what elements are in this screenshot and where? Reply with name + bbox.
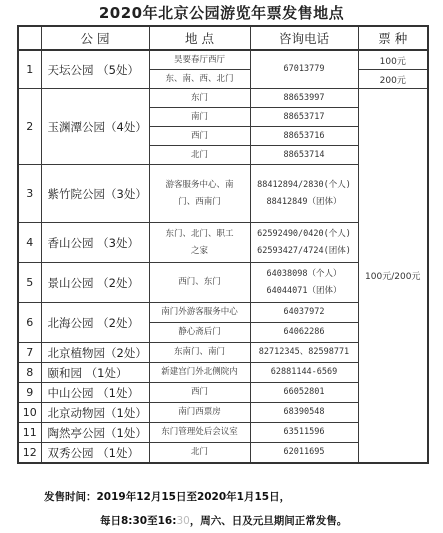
location: 西门 — [149, 383, 250, 403]
location: 东门管理处后会议室 — [149, 423, 250, 443]
phone: 64037972 — [250, 303, 358, 323]
location: 南门西票房 — [149, 403, 250, 423]
phone: 62592490/0420(个人) 62593427/4724(团体) — [250, 223, 358, 263]
park-name: 景山公园 （2处） — [41, 263, 149, 303]
location: 北门 — [149, 146, 250, 165]
ticket-sales-table: 公 园 地 点 咨询电话 票 种 1 天坛公园 （5处） 昊要春厅西厅 6701… — [17, 25, 429, 464]
park-name: 北京植物园（2处） — [41, 343, 149, 363]
sale-period-text: 发售时间：2019年12月15日至2020年1月15日， — [44, 489, 290, 504]
location: 游客服务中心、南门、西南门 — [149, 165, 250, 223]
row-index: 5 — [18, 263, 41, 303]
location: 南门 — [149, 108, 250, 127]
phone: 66052801 — [250, 383, 358, 403]
row-index: 4 — [18, 223, 41, 263]
row-index: 3 — [18, 165, 41, 223]
phone-line: 62593427/4724(团体) — [251, 243, 358, 260]
location: 东门、北门、职工之家 — [149, 223, 250, 263]
phone: 64038098（个人） 64044071（团体） — [250, 263, 358, 303]
park-name: 香山公园 （3处） — [41, 223, 149, 263]
header-phone: 咨询电话 — [250, 26, 358, 50]
park-name: 紫竹院公园（3处） — [41, 165, 149, 223]
row-index: 2 — [18, 89, 41, 165]
park-name: 北京动物园（1处） — [41, 403, 149, 423]
location: 西门、东门 — [149, 263, 250, 303]
page-title: 2020年北京公园游览年票发售地点 — [0, 2, 443, 23]
sale-hours-text: 每日8:30至16:30，周六、日及元旦期间正常发售。 — [100, 513, 347, 528]
phone-line: 64038098（个人） — [251, 266, 358, 283]
location: 西门 — [149, 127, 250, 146]
phone-line: 88412849（团体） — [251, 194, 358, 211]
location: 新建宫门外北侧院内 — [149, 363, 250, 383]
location: 北门 — [149, 443, 250, 464]
phone: 68390548 — [250, 403, 358, 423]
phone: 88653717 — [250, 108, 358, 127]
phone-line: 64044071（团体） — [251, 283, 358, 300]
phone: 88653716 — [250, 127, 358, 146]
park-name: 中山公园 （1处） — [41, 383, 149, 403]
row-index: 12 — [18, 443, 41, 464]
row-index: 10 — [18, 403, 41, 423]
location: 东、南、西、北门 — [149, 70, 250, 89]
location: 静心斋后门 — [149, 323, 250, 343]
table-header-row: 公 园 地 点 咨询电话 票 种 — [18, 26, 428, 50]
row-index: 8 — [18, 363, 41, 383]
park-name: 陶然亭公园（1处） — [41, 423, 149, 443]
phone: 67013779 — [250, 50, 358, 89]
row-index: 6 — [18, 303, 41, 343]
ticket-type: 100元 — [358, 50, 428, 70]
watermark-obscured-text: 30 — [176, 515, 189, 527]
location: 东南门、南门 — [149, 343, 250, 363]
park-name: 北海公园 （2处） — [41, 303, 149, 343]
phone: 88653714 — [250, 146, 358, 165]
header-location: 地 点 — [149, 26, 250, 50]
table-row: 1 天坛公园 （5处） 昊要春厅西厅 67013779 100元 — [18, 50, 428, 70]
phone: 62881144-6569 — [250, 363, 358, 383]
phone: 63511596 — [250, 423, 358, 443]
location: 昊要春厅西厅 — [149, 50, 250, 70]
sale-hours-part1: 每日8:30至16: — [100, 515, 176, 527]
row-index: 9 — [18, 383, 41, 403]
table-row: 2 玉渊潭公园（4处） 东门 88653997 100元/200元 — [18, 89, 428, 108]
location: 南门外游客服务中心 — [149, 303, 250, 323]
ticket-type-shared: 100元/200元 — [358, 89, 428, 464]
header-ticket: 票 种 — [358, 26, 428, 50]
phone: 88653997 — [250, 89, 358, 108]
park-name: 颐和园 （1处） — [41, 363, 149, 383]
phone: 82712345、82598771 — [250, 343, 358, 363]
header-index — [18, 26, 41, 50]
phone: 64062286 — [250, 323, 358, 343]
row-index: 1 — [18, 50, 41, 89]
park-name: 天坛公园 （5处） — [41, 50, 149, 89]
phone: 88412894/2830(个人) 88412849（团体） — [250, 165, 358, 223]
row-index: 7 — [18, 343, 41, 363]
phone-line: 88412894/2830(个人) — [251, 177, 358, 194]
park-name: 玉渊潭公园（4处） — [41, 89, 149, 165]
sale-hours-part2: ，周六、日及元旦期间正常发售。 — [190, 515, 348, 527]
ticket-type: 200元 — [358, 70, 428, 89]
location: 东门 — [149, 89, 250, 108]
park-name: 双秀公园 （1处） — [41, 443, 149, 464]
row-index: 11 — [18, 423, 41, 443]
phone-line: 62592490/0420(个人) — [251, 226, 358, 243]
phone: 62011695 — [250, 443, 358, 464]
header-park: 公 园 — [41, 26, 149, 50]
